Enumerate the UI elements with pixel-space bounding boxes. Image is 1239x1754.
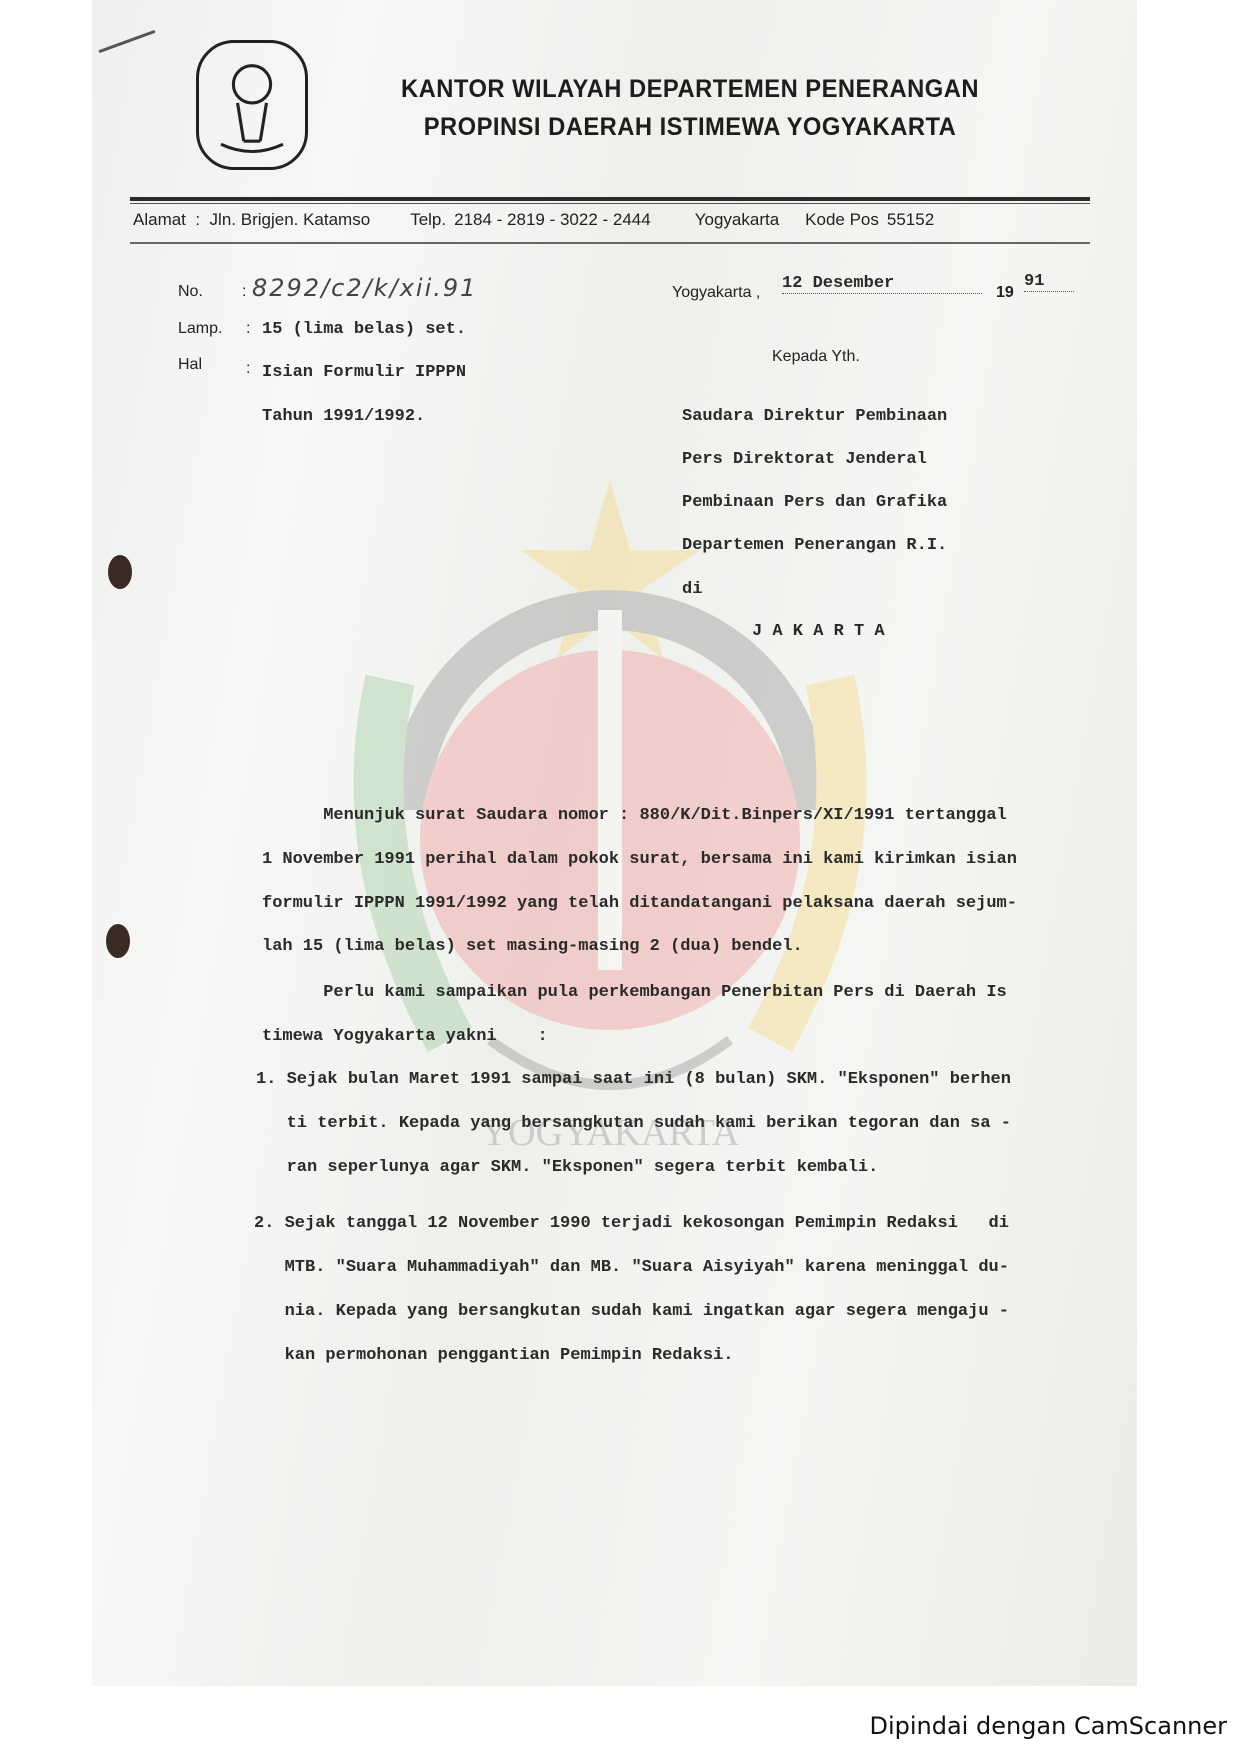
letterhead-title: KANTOR WILAYAH DEPARTEMEN PENERANGAN PRO…	[340, 70, 1040, 146]
scanned-paper	[92, 0, 1137, 1686]
emblem-logo-icon	[196, 40, 308, 170]
body-paragraph1-line: lah 15 (lima belas) set masing-masing 2 …	[262, 937, 803, 956]
date-year: 91	[1024, 272, 1074, 292]
divider	[130, 203, 1090, 204]
address-value: Jln. Brigjen. Katamso	[210, 210, 371, 230]
date-place: Yogyakarta ,	[672, 284, 760, 302]
recipient-greeting: Kepada Yth.	[772, 348, 860, 366]
hal-label: Hal	[178, 356, 202, 374]
letterhead-line1: KANTOR WILAYAH DEPARTEMEN PENERANGAN	[358, 70, 1023, 108]
body-paragraph1-line: Menunjuk surat Saudara nomor : 880/K/Dit…	[262, 806, 1007, 825]
lamp-label: Lamp.	[178, 320, 222, 338]
list-item-1-line: 1. Sejak bulan Maret 1991 sampai saat in…	[256, 1070, 1011, 1089]
hal-value-2: Tahun 1991/1992.	[262, 407, 425, 426]
body-paragraph2-line: timewa Yogyakarta yakni :	[262, 1027, 548, 1046]
recipient-line: Departemen Penerangan R.I.	[682, 536, 947, 555]
postal-code: 55152	[887, 210, 934, 230]
lamp-value: 15 (lima belas) set.	[262, 320, 466, 339]
scanner-watermark-text: Dipindai dengan CamScanner	[869, 1712, 1227, 1740]
body-paragraph1-line: 1 November 1991 perihal dalam pokok sura…	[262, 850, 1017, 869]
postal-label: Kode Pos	[805, 210, 879, 230]
date-century: 19	[996, 284, 1014, 302]
letterhead-line2: PROPINSI DAERAH ISTIMEWA YOGYAKARTA	[358, 108, 1023, 146]
telp-label: Telp.	[410, 210, 446, 230]
list-item-2-line: nia. Kepada yang bersangkutan sudah kami…	[254, 1302, 1009, 1321]
body-paragraph2-line: Perlu kami sampaikan pula perkembangan P…	[262, 983, 1007, 1002]
divider	[130, 197, 1090, 201]
list-item-1-line: ran seperlunya agar SKM. "Eksponen" sege…	[256, 1158, 878, 1177]
list-item-1-line: ti terbit. Kepada yang bersangkutan suda…	[256, 1114, 1011, 1133]
recipient-line: di	[682, 580, 702, 599]
recipient-line: Pembinaan Pers dan Grafika	[682, 493, 947, 512]
separator: :	[242, 283, 246, 301]
separator: :	[246, 320, 250, 338]
address-city: Yogyakarta	[695, 210, 779, 230]
list-item-2-line: kan permohonan penggantian Pemimpin Reda…	[254, 1346, 733, 1365]
hal-value-1: Isian Formulir IPPPN	[262, 363, 466, 382]
address-label: Alamat	[133, 210, 186, 230]
no-label: No.	[178, 283, 203, 301]
recipient-city: J A K A R T A	[752, 622, 885, 641]
letter-number: 8292/c2/k/xii.91	[252, 274, 477, 302]
recipient-line: Saudara Direktur Pembinaan	[682, 407, 947, 426]
address-bar: Alamat : Jln. Brigjen. Katamso Telp. 218…	[133, 210, 1093, 230]
body-paragraph1-line: formulir IPPPN 1991/1992 yang telah dita…	[262, 894, 1017, 913]
recipient-line: Pers Direktorat Jenderal	[682, 450, 927, 469]
list-item-2-line: MTB. "Suara Muhammadiyah" dan MB. "Suara…	[254, 1258, 1009, 1277]
separator: :	[246, 360, 250, 378]
divider	[130, 242, 1090, 244]
punch-hole	[108, 555, 132, 589]
telp-value: 2184 - 2819 - 3022 - 2444	[454, 210, 651, 230]
date-day-month: 12 Desember	[782, 274, 982, 294]
separator: :	[186, 210, 210, 230]
list-item-2-line: 2. Sejak tanggal 12 November 1990 terjad…	[254, 1214, 1009, 1233]
punch-hole	[106, 924, 130, 958]
